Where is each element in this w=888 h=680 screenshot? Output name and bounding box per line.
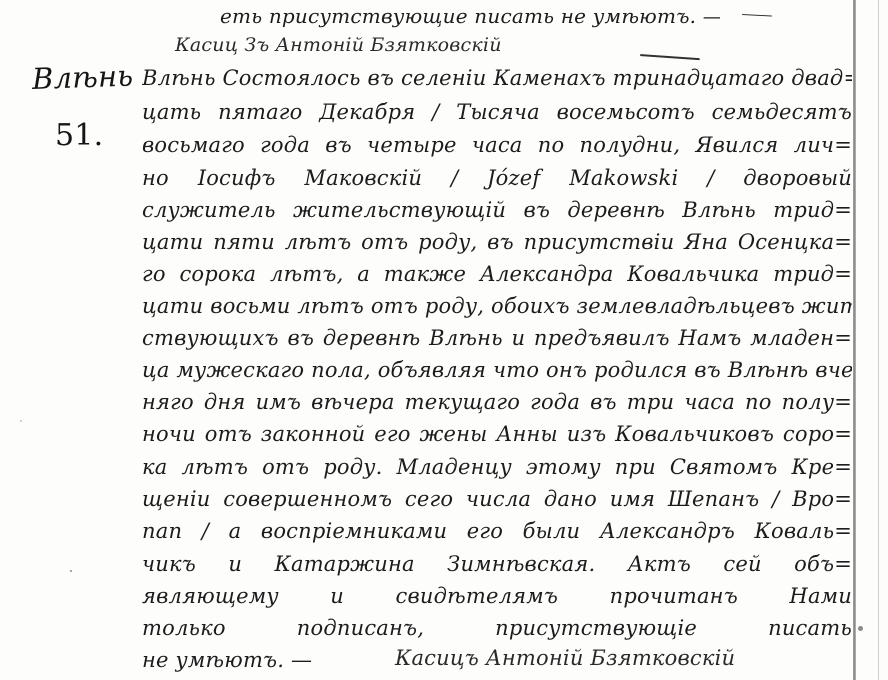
body-line: ка лѣтъ отъ роду. Младенцу этому при Свя…	[142, 455, 852, 479]
body-line-final: не умѣютъ. —	[142, 648, 362, 672]
signature-flourish	[640, 54, 700, 60]
entry-signature: Касицъ Антоній Бзятковскій	[395, 646, 735, 670]
body-line: ца мужескаго пола, объявляя что онъ роди…	[142, 358, 852, 382]
body-line: ночи отъ законной его жены Анны изъ Кова…	[142, 422, 852, 446]
body-line: только подписанъ, присутствующіе писать	[142, 616, 852, 640]
entry-number: 51.	[55, 118, 103, 153]
body-line: цати восьми лѣтъ отъ роду, обоихъ землев…	[142, 294, 852, 318]
body-line: служитель жительствующій въ деревнѣ Влѣн…	[142, 198, 852, 222]
body-line: цать пятаго Декабря / Тысяча восемьсотъ …	[142, 100, 852, 124]
scanned-register-page: еть присутствующие писать не умѣютъ. — К…	[0, 0, 888, 680]
scan-speck	[858, 626, 863, 631]
body-line: го сорока лѣтъ, а также Александра Ковал…	[142, 262, 852, 286]
previous-entry-signature: Касиц Зъ Антоній Бзятковскій	[175, 34, 502, 56]
body-line: няго дня имъ вѣчера текущаго года въ три…	[142, 390, 852, 414]
body-line: ствующихъ въ деревнѣ Влѣнь и предъявилъ …	[142, 326, 852, 350]
body-line: восьмаго года въ четыре часа по полудни,…	[142, 133, 852, 157]
body-line: чикъ и Катаржина Зимнѣвская. Актъ сей об…	[142, 552, 852, 576]
closing-flourish	[742, 14, 772, 17]
margin-place-name: Влѣнь	[31, 58, 133, 96]
scan-speck	[70, 570, 72, 572]
page-binding-edge	[853, 0, 856, 680]
body-line: щеніи совершенномъ сего числа дано имя Ш…	[142, 487, 852, 511]
body-line: пап / а воспріемниками его были Александ…	[142, 519, 852, 543]
page-outer-edge	[878, 0, 879, 680]
previous-entry-closing-line: еть присутствующие писать не умѣютъ. —	[220, 4, 720, 28]
body-line: но Іосифъ Маковскій / Józef Makowski / д…	[142, 166, 852, 190]
scan-speck	[20, 420, 22, 422]
body-line: являющему и свидѣтелямъ прочитанъ Нами	[142, 584, 852, 608]
body-line: цати пяти лѣтъ отъ роду, въ присутствіи …	[142, 230, 852, 254]
body-line: Влѣнь Состоялось въ селеніи Каменахъ три…	[142, 66, 852, 90]
